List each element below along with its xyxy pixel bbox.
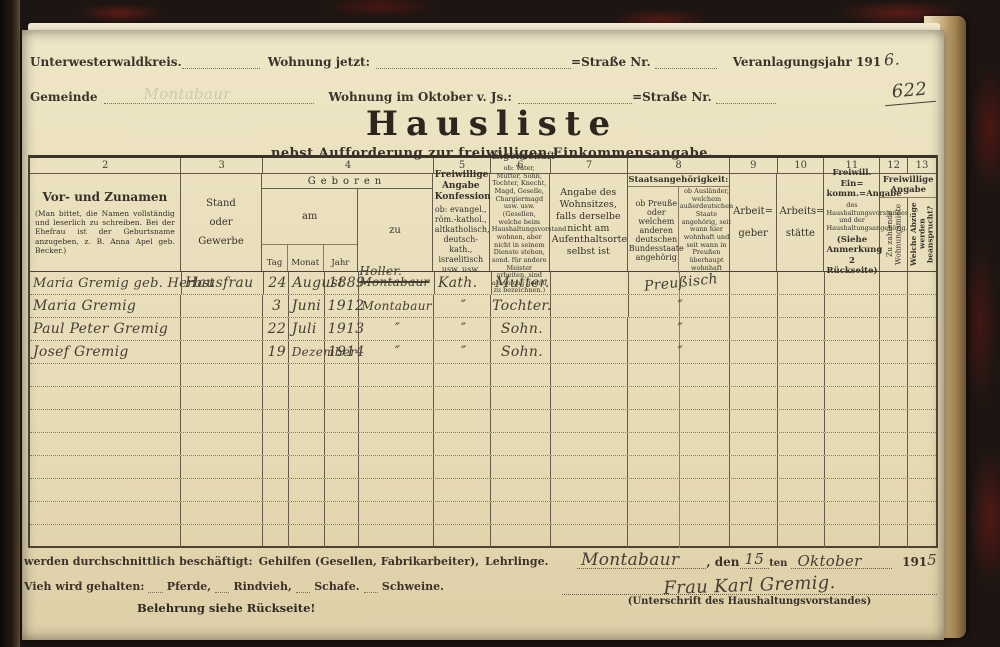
schafe-count-line: [296, 581, 310, 593]
row2-staat: ″: [674, 298, 683, 314]
header-jahr: Jahr: [324, 245, 358, 271]
row3-eigenschaft: Sohn.: [498, 321, 543, 337]
beschaeftigt-line: werden durchschnittlich beschäftigt: Geh…: [24, 555, 444, 568]
header-konfession-note: ob: evangel., röm.-kathol., altkatholisc…: [435, 205, 487, 275]
header-einkommen: Freiwill. Ein= komm.=Angabe des Haushalt…: [824, 174, 880, 271]
colnum-8: 8: [628, 158, 730, 173]
jahr-handwritten: 5: [927, 551, 937, 569]
header-staats-b: ob Ausländer, welchem außerdeutschen Sta…: [679, 187, 730, 273]
header-miete-vertical: Zu zahlende Wohnungsmiete: [886, 202, 903, 266]
row1-konfession: Kath.: [435, 275, 477, 291]
colnum-7: 7: [551, 158, 629, 173]
header-wohnsitz: Angabe des Wohnsitzes, falls derselbe ni…: [550, 174, 628, 271]
schweine-label: Schweine.: [382, 580, 444, 593]
tag-handwritten: 15: [740, 550, 770, 569]
row2-eigenschaft: Tochter.: [489, 298, 551, 314]
ten-label: ten: [769, 558, 787, 569]
veranlagungsjahr-value: 6.: [883, 49, 900, 69]
page-title: Hausliste: [242, 104, 742, 144]
row4-eigenschaft: Sohn.: [498, 344, 543, 360]
hausliste-table: 2 3 4 5 6 7 8 9 10 11 12 13 Vor- und Zun…: [28, 155, 938, 548]
schweine-count-line: [364, 581, 378, 593]
table-row: Paul Peter Gremig 22 Juli 1913 ″ ″ Sohn.…: [30, 318, 936, 341]
signature-block: Frau Karl Gremig. (Unterschrift des Haus…: [562, 575, 937, 607]
row3-zu: ″: [392, 321, 401, 337]
row3-tag: 22: [265, 321, 286, 337]
row2-konfession: ″: [458, 298, 467, 314]
header-eigenschaft: Eigenschaft ob: Vater, Mutter, Sohn, Toc…: [490, 174, 550, 271]
row4-tag: 19: [265, 344, 286, 360]
header-stand: Stand oder Gewerbe: [181, 174, 262, 271]
empty-row: [30, 387, 936, 410]
header-stand-l2: oder: [183, 213, 259, 232]
empty-row: [30, 410, 936, 433]
header-geboren-title: Geboren: [262, 174, 432, 189]
header-arbeitsstaette-l1: Arbeits=: [779, 201, 821, 223]
header-staats-title: Staatsangehörigkeit:: [628, 174, 729, 187]
empty-row: [30, 364, 936, 387]
vieh-label: Vieh wird gehalten:: [24, 580, 144, 593]
header-staats-a: ob Preuße oder welchem anderen deutschen…: [628, 187, 679, 273]
colnum-4: 4: [263, 158, 434, 173]
empty-row: [30, 479, 936, 502]
document-page: Unterwesterwaldkreis. Wohnung jetzt: =St…: [22, 30, 944, 640]
header-arbeitsstaette-l2: stätte: [779, 223, 821, 245]
row3-konfession: ″: [458, 321, 467, 337]
row4-jahr: 1914: [325, 344, 365, 360]
header-names-title: Vor- und Zunamen: [32, 190, 178, 205]
strasse-nr-label-2: =Straße Nr.: [632, 90, 712, 104]
header-einkommen-note2: (Siehe Anmerkung 2 Rückseite): [826, 235, 877, 278]
ort-handwritten: Montabaur: [581, 550, 679, 570]
pferde-label: Pferde,: [167, 580, 211, 593]
header-konfession-title: Freiwillige Angabe Konfession: [435, 170, 487, 204]
gemeinde-value-line: Montabaur: [104, 92, 315, 104]
empty-row: [30, 456, 936, 479]
header-arbeitgeber-l1: Arbeit=: [732, 201, 775, 223]
header-einkommen-note: des Haushaltungsvorstandes und der Haush…: [826, 202, 877, 233]
ort-line: Montabaur: [577, 553, 706, 569]
header-eigenschaft-title: Eigenschaft: [492, 150, 547, 163]
monat-line: Oktober: [791, 553, 892, 569]
table-row: Maria Gremig geb. Herbst Hausfrau 24 Aug…: [30, 272, 936, 295]
colnum-2: 2: [30, 158, 181, 173]
header-monat: Monat: [288, 245, 324, 271]
header-tag: Tag: [262, 245, 288, 271]
header-geboren: Geboren am Tag Monat Jahr zu: [262, 174, 433, 271]
row3-monat: Juli: [289, 321, 317, 337]
row2-zu: Montabaur: [359, 299, 432, 313]
wohnung-jetzt-label: Wohnung jetzt:: [268, 55, 370, 69]
row4-konfession: ″: [458, 344, 467, 360]
header-line-2: Gemeinde Montabaur Wohnung im Oktober v.…: [30, 80, 935, 104]
monat-handwritten: Oktober: [797, 552, 861, 570]
veranlagungsjahr-label: Veranlagungsjahr 191: [733, 55, 881, 69]
colnum-12: 12: [880, 158, 908, 173]
header-staatsangehoerigkeit: Staatsangehörigkeit: ob Preuße oder welc…: [628, 174, 730, 271]
vieh-line: Vieh wird gehalten: Pferde, Rindvieh, Sc…: [24, 580, 444, 593]
header-arbeitgeber-l2: geber: [732, 223, 775, 245]
header-geboren-am-group: am Tag Monat Jahr: [262, 189, 358, 271]
wohnung-oktober-label: Wohnung im Oktober v. Js.:: [328, 90, 511, 104]
row4-zu: ″: [392, 344, 401, 360]
header-arbeitgeber: Arbeit= geber: [730, 174, 778, 271]
den-label: , den: [706, 555, 739, 569]
header-freiwillige-angabe-group: Freiwillige Angabe Zu zahlende Wohnungsm…: [880, 174, 936, 271]
page-number-handwritten: 622: [883, 78, 936, 106]
gemeinde-ghost-handwriting: Montabaur: [144, 85, 231, 103]
belehrung-note: Belehrung siehe Rückseite!: [137, 601, 315, 615]
place-date-line: Montabaur , den 15 ten Oktober 191 5: [577, 550, 937, 569]
gemeinde-label: Gemeinde: [30, 90, 98, 104]
strasse-nr-label-1: =Straße Nr.: [571, 55, 651, 69]
row2-tag: 3: [269, 298, 281, 314]
schafe-label: Schafe.: [314, 580, 359, 593]
district-label: Unterwesterwaldkreis.: [30, 55, 182, 69]
rindvieh-label: Rindvieh,: [233, 580, 291, 593]
colnum-9: 9: [730, 158, 778, 173]
header-freiwillige-angabe-title: Freiwillige Angabe: [880, 174, 936, 198]
header-am: am: [262, 189, 357, 245]
row2-monat: Juni: [289, 298, 321, 314]
header-konfession: Freiwillige Angabe Konfession ob: evange…: [433, 174, 490, 271]
header-zu: zu: [358, 189, 432, 271]
colnum-13: 13: [908, 158, 936, 173]
beschaeftigt-label: werden durchschnittlich beschäftigt:: [24, 555, 253, 568]
strasse-nr-value-line-1: [655, 57, 717, 69]
wohnung-oktober-value-line: [518, 92, 632, 104]
row3-jahr: 1913: [325, 321, 365, 337]
header-stand-l1: Stand: [183, 194, 259, 213]
header-abzuege: Welche Abzüge werden beansprucht?: [908, 198, 936, 271]
dotted-fill: [182, 57, 260, 69]
table-row: Josef Gremig 19 Dezember 1914 ″ ″ Sohn. …: [30, 341, 936, 364]
header-names-note: (Man bittet, die Namen vollständig und l…: [32, 209, 178, 256]
colnum-3: 3: [181, 158, 263, 173]
empty-row: [30, 525, 936, 548]
header-line-1: Unterwesterwaldkreis. Wohnung jetzt: =St…: [30, 50, 935, 69]
row4-staat: ″: [674, 344, 683, 360]
header-stand-l3: Gewerbe: [183, 232, 259, 251]
header-names: Vor- und Zunamen (Man bittet, die Namen …: [30, 174, 181, 271]
empty-row: [30, 502, 936, 525]
strasse-nr-value-line-2: [716, 92, 776, 104]
pferde-count-line: [148, 581, 162, 593]
table-header-row: Vor- und Zunamen (Man bittet, die Namen …: [30, 174, 936, 272]
book-binding: [0, 0, 20, 647]
row1-zu-struck: Montabaur: [359, 277, 429, 288]
row4-name: Josef Gremig: [30, 344, 129, 360]
row1-stand: Hausfrau: [182, 275, 253, 291]
wohnung-jetzt-value-line: [376, 57, 571, 69]
empty-row: [30, 433, 936, 456]
colnum-10: 10: [778, 158, 825, 173]
row3-name: Paul Peter Gremig: [30, 321, 168, 337]
gehilfen-label: Gehilfen (Gesellen, Fabrikarbeiter),: [259, 555, 479, 568]
header-abzuege-vertical: Welche Abzüge werden beansprucht?: [910, 202, 935, 266]
header-miete: Zu zahlende Wohnungsmiete: [880, 198, 908, 271]
header-einkommen-title: Freiwill. Ein= komm.=Angabe: [826, 168, 877, 200]
lehrlinge-label: Lehrlinge.: [485, 555, 548, 568]
jahr-printed: 191: [902, 555, 927, 569]
table-row: Maria Gremig 3 Juni 1912 Montabaur ″ Toc…: [30, 295, 936, 318]
row1-tag: 24: [265, 275, 286, 291]
header-arbeitsstaette: Arbeits= stätte: [777, 174, 824, 271]
row3-staat: ″: [674, 321, 683, 337]
row1-jahr: 1889: [325, 275, 365, 291]
row2-name: Maria Gremig: [30, 298, 136, 314]
rindvieh-count-line: [215, 581, 229, 593]
row1-eigenschaft: Mutter.: [492, 275, 550, 291]
